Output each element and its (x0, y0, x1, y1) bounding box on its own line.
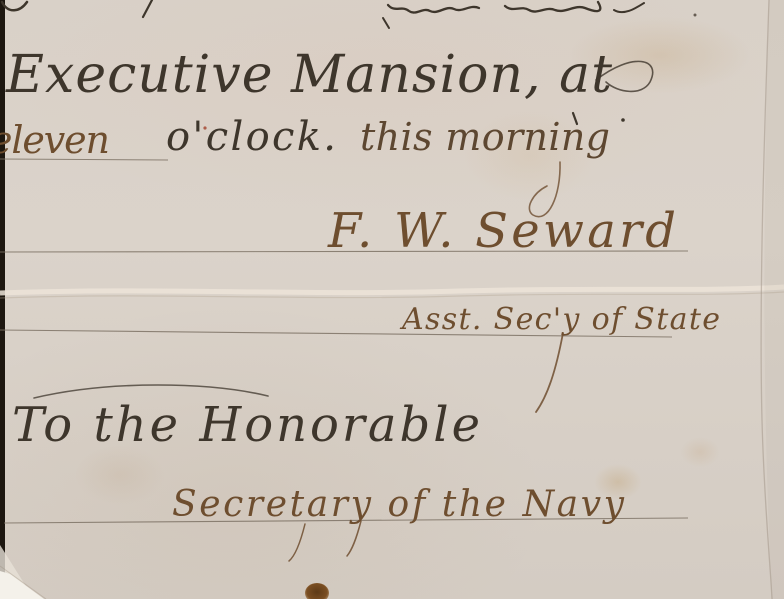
document-photo: Executive Mansion, at eleven o'clock. th… (0, 0, 784, 599)
recipient-descender-2 (347, 521, 361, 556)
dark-speck (694, 14, 697, 17)
recipient-descender-1 (289, 524, 305, 561)
printed-oclock-text: o'clock. (166, 114, 336, 160)
red-speck (203, 126, 206, 129)
handwritten-time-text: eleven (0, 118, 110, 162)
photo-left-edge (0, 0, 5, 599)
printed-morning-text: this morning (360, 115, 610, 159)
salutation-text: To the Honorable (12, 397, 480, 453)
horizontal-crease-highlight (0, 287, 784, 293)
recipient-text: Secretary of the Navy (172, 484, 625, 525)
stray-tick-2 (621, 118, 625, 122)
signature-text: F. W. Seward (327, 203, 676, 259)
manuscript-layer: Executive Mansion, at eleven o'clock. th… (0, 0, 784, 599)
printed-heading-text: Executive Mansion, at (5, 45, 612, 105)
cutoff-text-fragment (2, 0, 644, 28)
title-descender-stroke (536, 333, 563, 412)
right-edge-shading (764, 0, 784, 599)
signer-title-text: Asst. Sec'y of State (399, 302, 720, 337)
ink-blot (305, 583, 329, 599)
corner-white-patch (0, 571, 44, 599)
